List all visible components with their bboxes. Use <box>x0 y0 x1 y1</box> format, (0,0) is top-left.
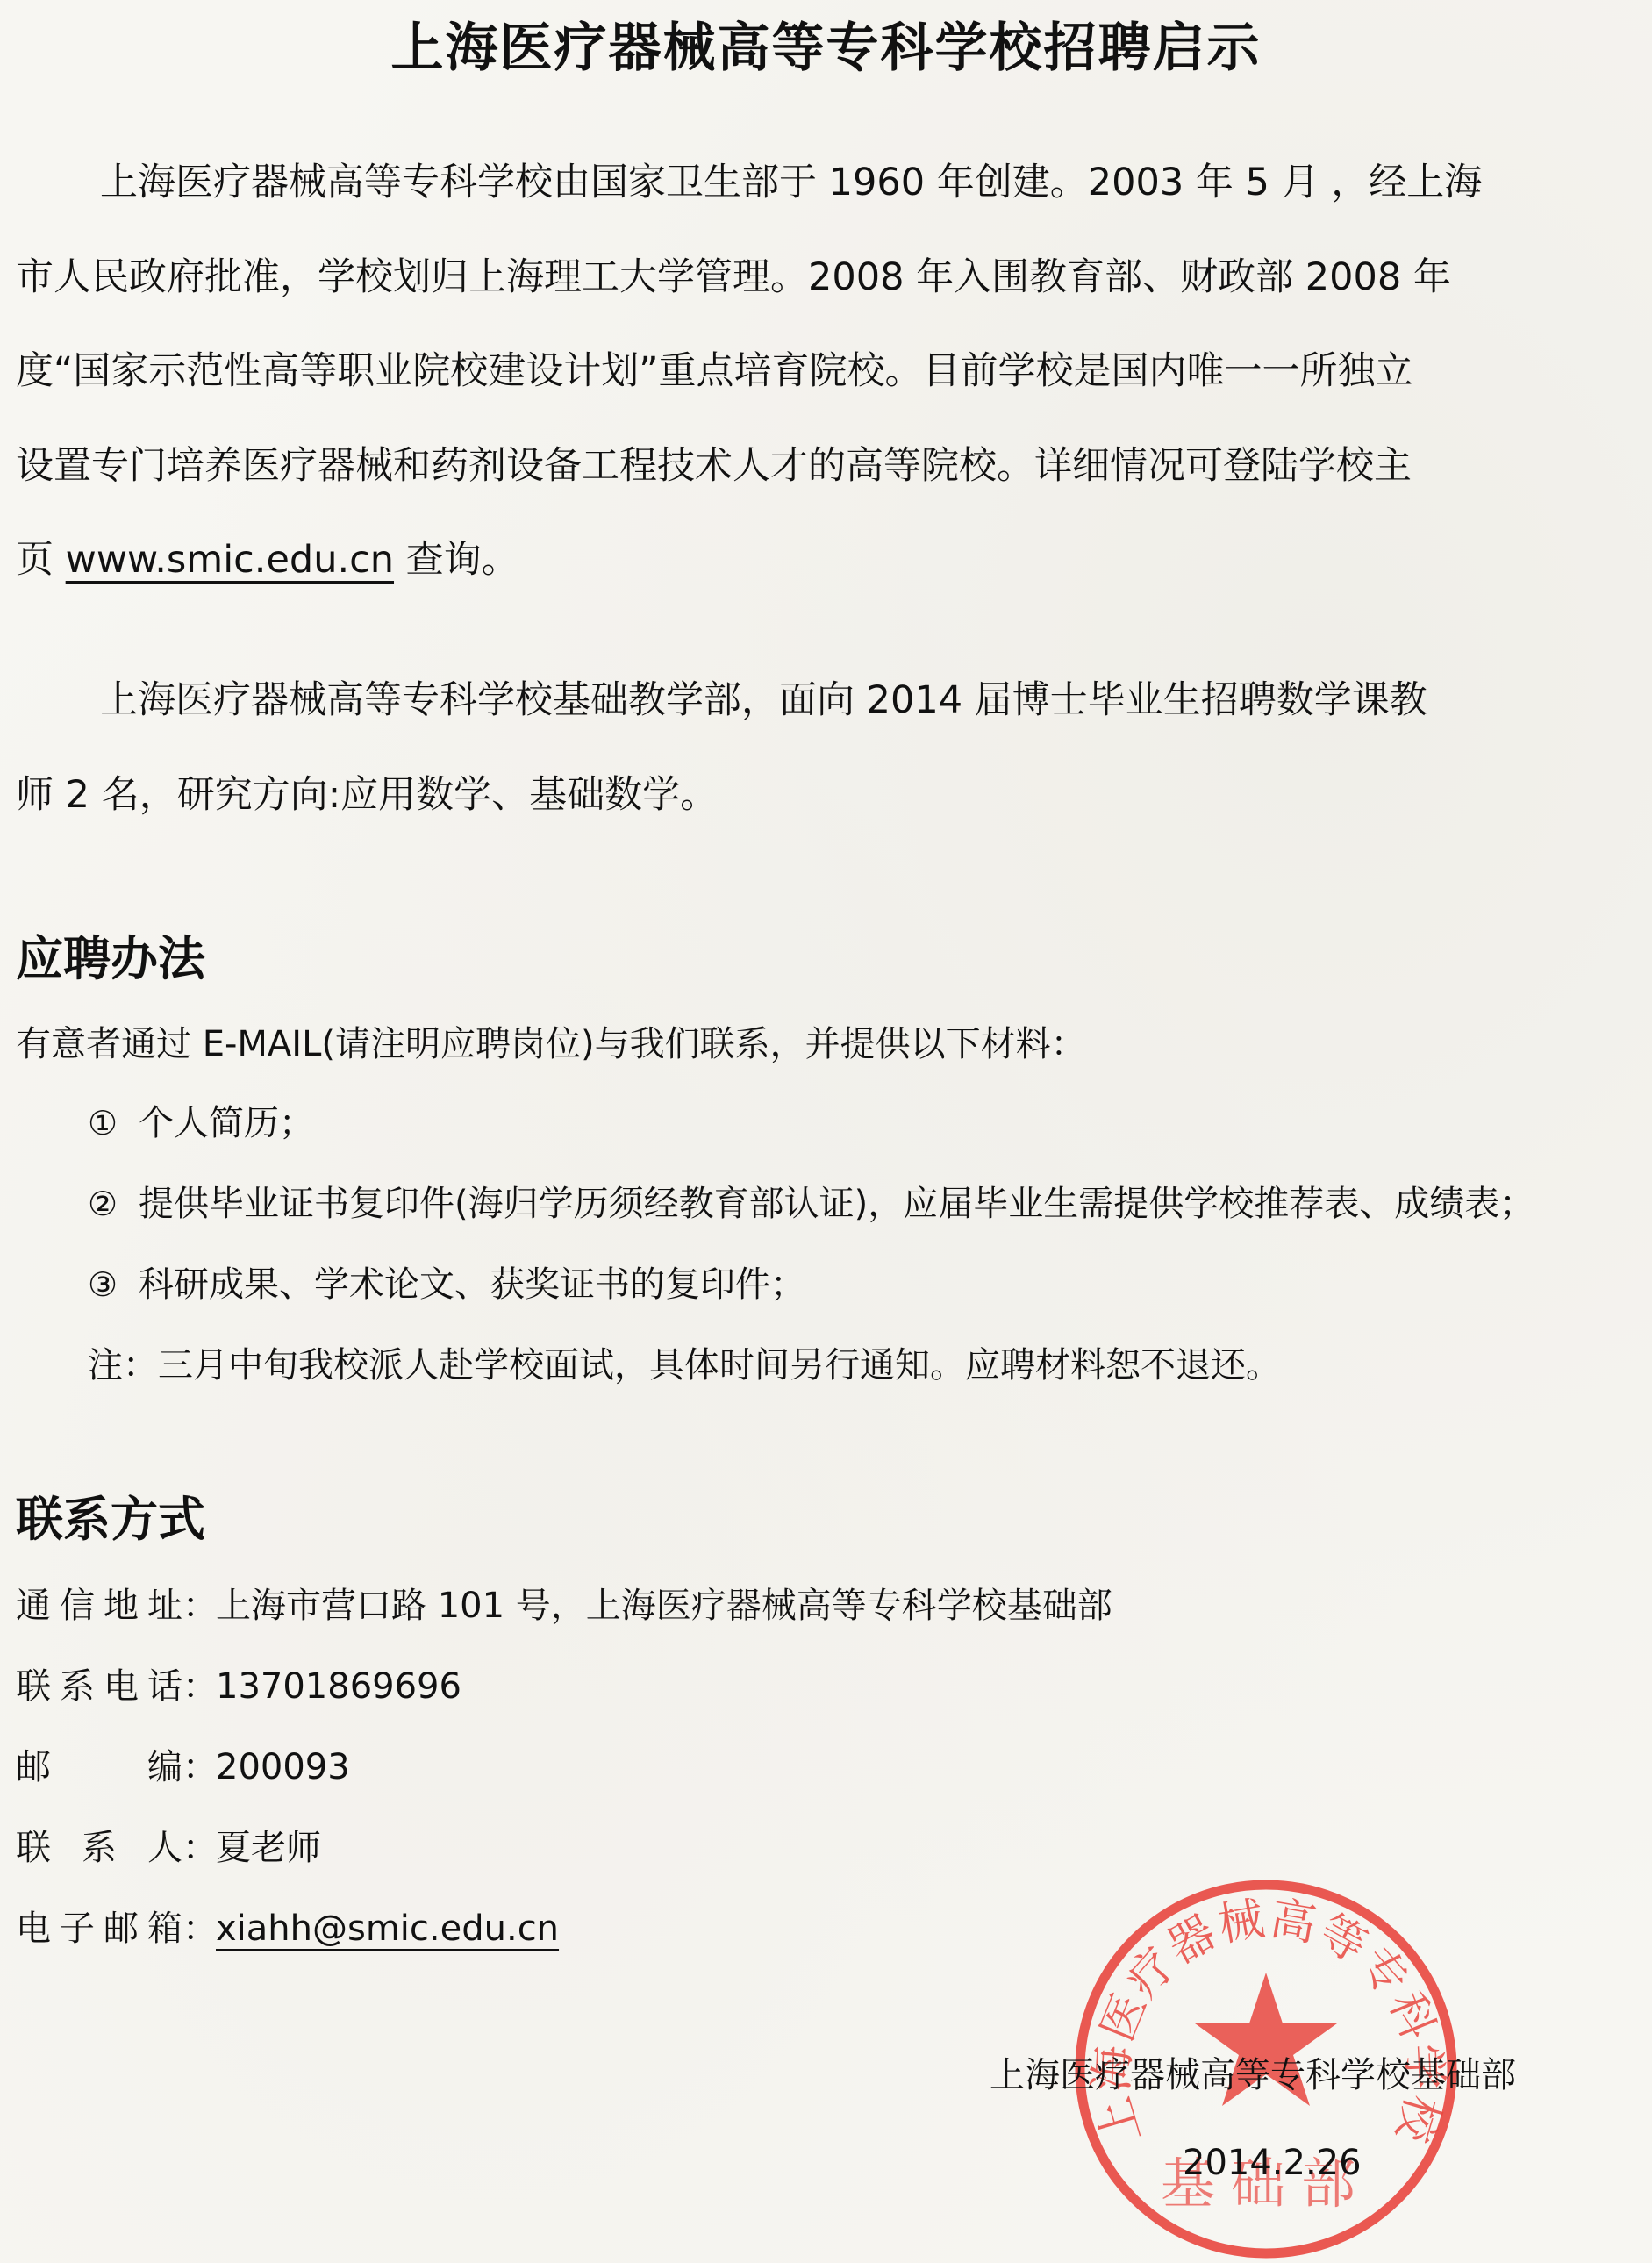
intro-prefix: 页 <box>16 538 66 582</box>
contact-row-postcode: 邮编：200093 <box>16 1741 350 1794</box>
contact-value: 上海市营口路 101 号，上海医疗器械高等专科学校基础部 <box>216 1586 1112 1626</box>
contact-separator: ： <box>182 1741 216 1794</box>
intro-line: 上海医疗器械高等专科学校由国家卫生部于 1960 年创建。2003 年 5 月 … <box>16 136 1639 231</box>
material-item: ③科研成果、学术论文、获奖证书的复印件； <box>88 1258 805 1311</box>
application-note: 注：三月中旬我校派人赴学校面试，具体时间另行通知。应聘材料恕不退还。 <box>88 1339 1281 1392</box>
contact-label: 通信地址 <box>16 1579 182 1632</box>
contact-separator: ： <box>182 1660 216 1713</box>
website-link[interactable]: www.smic.edu.cn <box>66 538 394 582</box>
contact-row-email: 电子邮箱：xiahh@smic.edu.cn <box>16 1902 559 1955</box>
contact-separator: ： <box>182 1579 216 1632</box>
item-text: 科研成果、学术论文、获奖证书的复印件； <box>139 1264 805 1305</box>
document-title: 上海医疗器械高等专科学校招聘启示 <box>0 9 1652 88</box>
position-paragraph: 上海医疗器械高等专科学校基础教学部，面向 2014 届博士毕业生招聘数学课教 师… <box>16 654 1639 842</box>
intro-line: 度“国家示范性高等职业院校建设计划”重点培育院校。目前学校是国内唯一一所独立 <box>16 325 1639 419</box>
position-line: 上海医疗器械高等专科学校基础教学部，面向 2014 届博士毕业生招聘数学课教 <box>16 654 1639 748</box>
intro-suffix: 查询。 <box>394 538 519 582</box>
item-text: 提供毕业证书复印件(海归学历须经教育部认证)，应届毕业生需提供学校推荐表、成绩表… <box>139 1184 1534 1224</box>
svg-text:上海医疗器械高等专科学校: 上海医疗器械高等专科学校 <box>1085 1893 1450 2150</box>
contact-label: 联系人 <box>16 1822 182 1874</box>
seal-ring-text: 上海医疗器械高等专科学校 <box>1085 1893 1450 2150</box>
application-intro: 有意者通过 E-MAIL(请注明应聘岗位)与我们联系，并提供以下材料： <box>16 1018 1086 1071</box>
contact-separator: ： <box>182 1822 216 1874</box>
contact-label: 电子邮箱 <box>16 1902 182 1955</box>
contact-row-person: 联系人：夏老师 <box>16 1822 321 1874</box>
contact-label: 邮编 <box>16 1741 182 1794</box>
scanned-page: 上海医疗器械高等专科学校招聘启示 上海医疗器械高等专科学校由国家卫生部于 196… <box>0 0 1652 2263</box>
position-line: 师 2 名，研究方向:应用数学、基础数学。 <box>16 748 1639 843</box>
item-number: ② <box>88 1178 139 1230</box>
item-number: ③ <box>88 1258 139 1311</box>
signature-department: 上海医疗器械高等专科学校基础部 <box>990 2049 1516 2102</box>
intro-line: 市人民政府批准，学校划归上海理工大学管理。2008 年入围教育部、财政部 200… <box>16 231 1639 326</box>
contact-value: 13701869696 <box>216 1666 461 1707</box>
signature-date: 2014.2.26 <box>1183 2137 1362 2189</box>
contact-row-address: 通信地址：上海市营口路 101 号，上海医疗器械高等专科学校基础部 <box>16 1579 1112 1632</box>
contact-separator: ： <box>182 1902 216 1955</box>
email-link[interactable]: xiahh@smic.edu.cn <box>216 1909 559 1949</box>
application-heading: 应聘办法 <box>16 924 205 994</box>
contact-value: 200093 <box>216 1747 350 1787</box>
item-number: ① <box>88 1097 139 1149</box>
intro-last-line: 页 www.smic.edu.cn 查询。 <box>16 513 1639 608</box>
intro-paragraph: 上海医疗器械高等专科学校由国家卫生部于 1960 年创建。2003 年 5 月 … <box>16 136 1639 608</box>
contact-value: 夏老师 <box>216 1828 321 1868</box>
intro-line: 设置专门培养医疗器械和药剂设备工程技术人才的高等院校。详细情况可登陆学校主 <box>16 419 1639 514</box>
item-text: 个人简历； <box>139 1103 314 1143</box>
contact-label: 联系电话 <box>16 1660 182 1713</box>
contact-row-phone: 联系电话：13701869696 <box>16 1660 461 1713</box>
material-item: ②提供毕业证书复印件(海归学历须经教育部认证)，应届毕业生需提供学校推荐表、成绩… <box>88 1178 1534 1230</box>
contact-heading: 联系方式 <box>16 1485 205 1555</box>
material-item: ①个人简历； <box>88 1097 314 1149</box>
